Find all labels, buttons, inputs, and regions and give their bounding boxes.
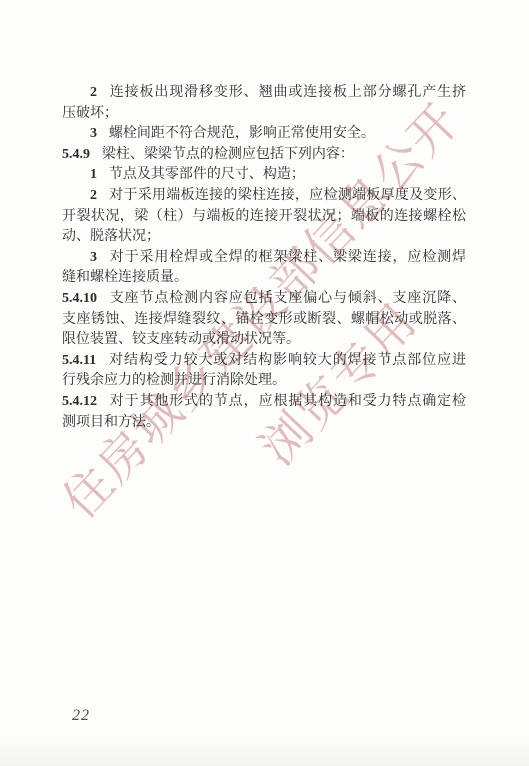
- text-line: 2连接板出现滑移变形、翘曲或连接板上部分螺孔产生挤: [62, 83, 466, 104]
- line-text: 连接板出现滑移变形、翘曲或连接板上部分螺孔产生挤: [109, 85, 466, 100]
- item-number: 2: [90, 188, 97, 203]
- line-text: 测项目和方法。: [62, 415, 160, 430]
- line-text: 梁柱、梁梁节点的检测应包括下列内容：: [102, 147, 354, 162]
- line-text: 对结构受力较大或对结构影响较大的焊接节点部位应进: [108, 353, 466, 368]
- text-line: 2对于采用端板连接的梁柱连接，应检测端板厚度及变形、: [62, 186, 466, 207]
- text-line: 5.4.11对结构受力较大或对结构影响较大的焊接节点部位应进: [62, 351, 466, 372]
- line-text: 压破坏；: [62, 106, 118, 121]
- item-number: 2: [90, 85, 97, 100]
- text-line: 1节点及其零部件的尺寸、构造；: [62, 165, 466, 186]
- section-number: 5.4.12: [62, 394, 97, 409]
- page-number: 22: [72, 707, 90, 725]
- section-number: 5.4.9: [62, 147, 90, 162]
- text-line: 限位装置、铰支座转动或滑动状况等。: [62, 330, 466, 351]
- line-text: 支座节点检测内容应包括支座偏心与倾斜、支座沉降、: [109, 291, 466, 306]
- text-line: 缝和螺栓连接质量。: [62, 268, 466, 289]
- document-page: 住房城乡建设部信息公开 浏览专用 2连接板出现滑移变形、翘曲或连接板上部分螺孔产…: [0, 0, 529, 766]
- text-line: 动、脱落状况；: [62, 227, 466, 248]
- text-line: 3螺栓间距不符合规范，影响正常使用安全。: [62, 124, 466, 145]
- line-text: 对于采用栓焊或全焊的框架梁柱、梁梁连接，应检测焊: [109, 250, 466, 265]
- text-line: 开裂状况，梁（柱）与端板的连接开裂状况；端板的连接螺栓松: [62, 207, 466, 228]
- text-line: 5.4.9梁柱、梁梁节点的检测应包括下列内容：: [62, 145, 466, 166]
- item-number: 3: [90, 126, 97, 141]
- text-line: 3对于采用栓焊或全焊的框架梁柱、梁梁连接，应检测焊: [62, 248, 466, 269]
- line-text: 对于采用端板连接的梁柱连接，应检测端板厚度及变形、: [109, 188, 466, 203]
- text-line: 压破坏；: [62, 104, 466, 125]
- line-text: 对于其他形式的节点，应根据其构造和受力特点确定检: [109, 394, 466, 409]
- line-text: 螺栓间距不符合规范，影响正常使用安全。: [109, 126, 375, 141]
- text-line: 5.4.12对于其他形式的节点，应根据其构造和受力特点确定检: [62, 392, 466, 413]
- section-number: 5.4.11: [62, 353, 96, 368]
- text-line: 支座锈蚀、连接焊缝裂纹、锚栓变形或断裂、螺帽松动或脱落、: [62, 310, 466, 331]
- line-text: 动、脱落状况；: [62, 229, 160, 244]
- text-line: 5.4.10支座节点检测内容应包括支座偏心与倾斜、支座沉降、: [62, 289, 466, 310]
- line-text: 开裂状况，梁（柱）与端板的连接开裂状况；端板的连接螺栓松: [62, 209, 466, 224]
- line-text: 限位装置、铰支座转动或滑动状况等。: [62, 332, 300, 347]
- text-line: 测项目和方法。: [62, 413, 466, 434]
- line-text: 支座锈蚀、连接焊缝裂纹、锚栓变形或断裂、螺帽松动或脱落、: [62, 312, 466, 327]
- line-text: 缝和螺栓连接质量。: [62, 270, 188, 285]
- text-line: 行残余应力的检测并进行消除处理。: [62, 371, 466, 392]
- line-text: 行残余应力的检测并进行消除处理。: [62, 373, 286, 388]
- page-content: 2连接板出现滑移变形、翘曲或连接板上部分螺孔产生挤 压破坏； 3螺栓间距不符合规…: [62, 83, 466, 433]
- line-text: 节点及其零部件的尺寸、构造；: [109, 167, 305, 182]
- item-number: 1: [90, 167, 97, 182]
- item-number: 3: [90, 250, 97, 265]
- section-number: 5.4.10: [62, 291, 97, 306]
